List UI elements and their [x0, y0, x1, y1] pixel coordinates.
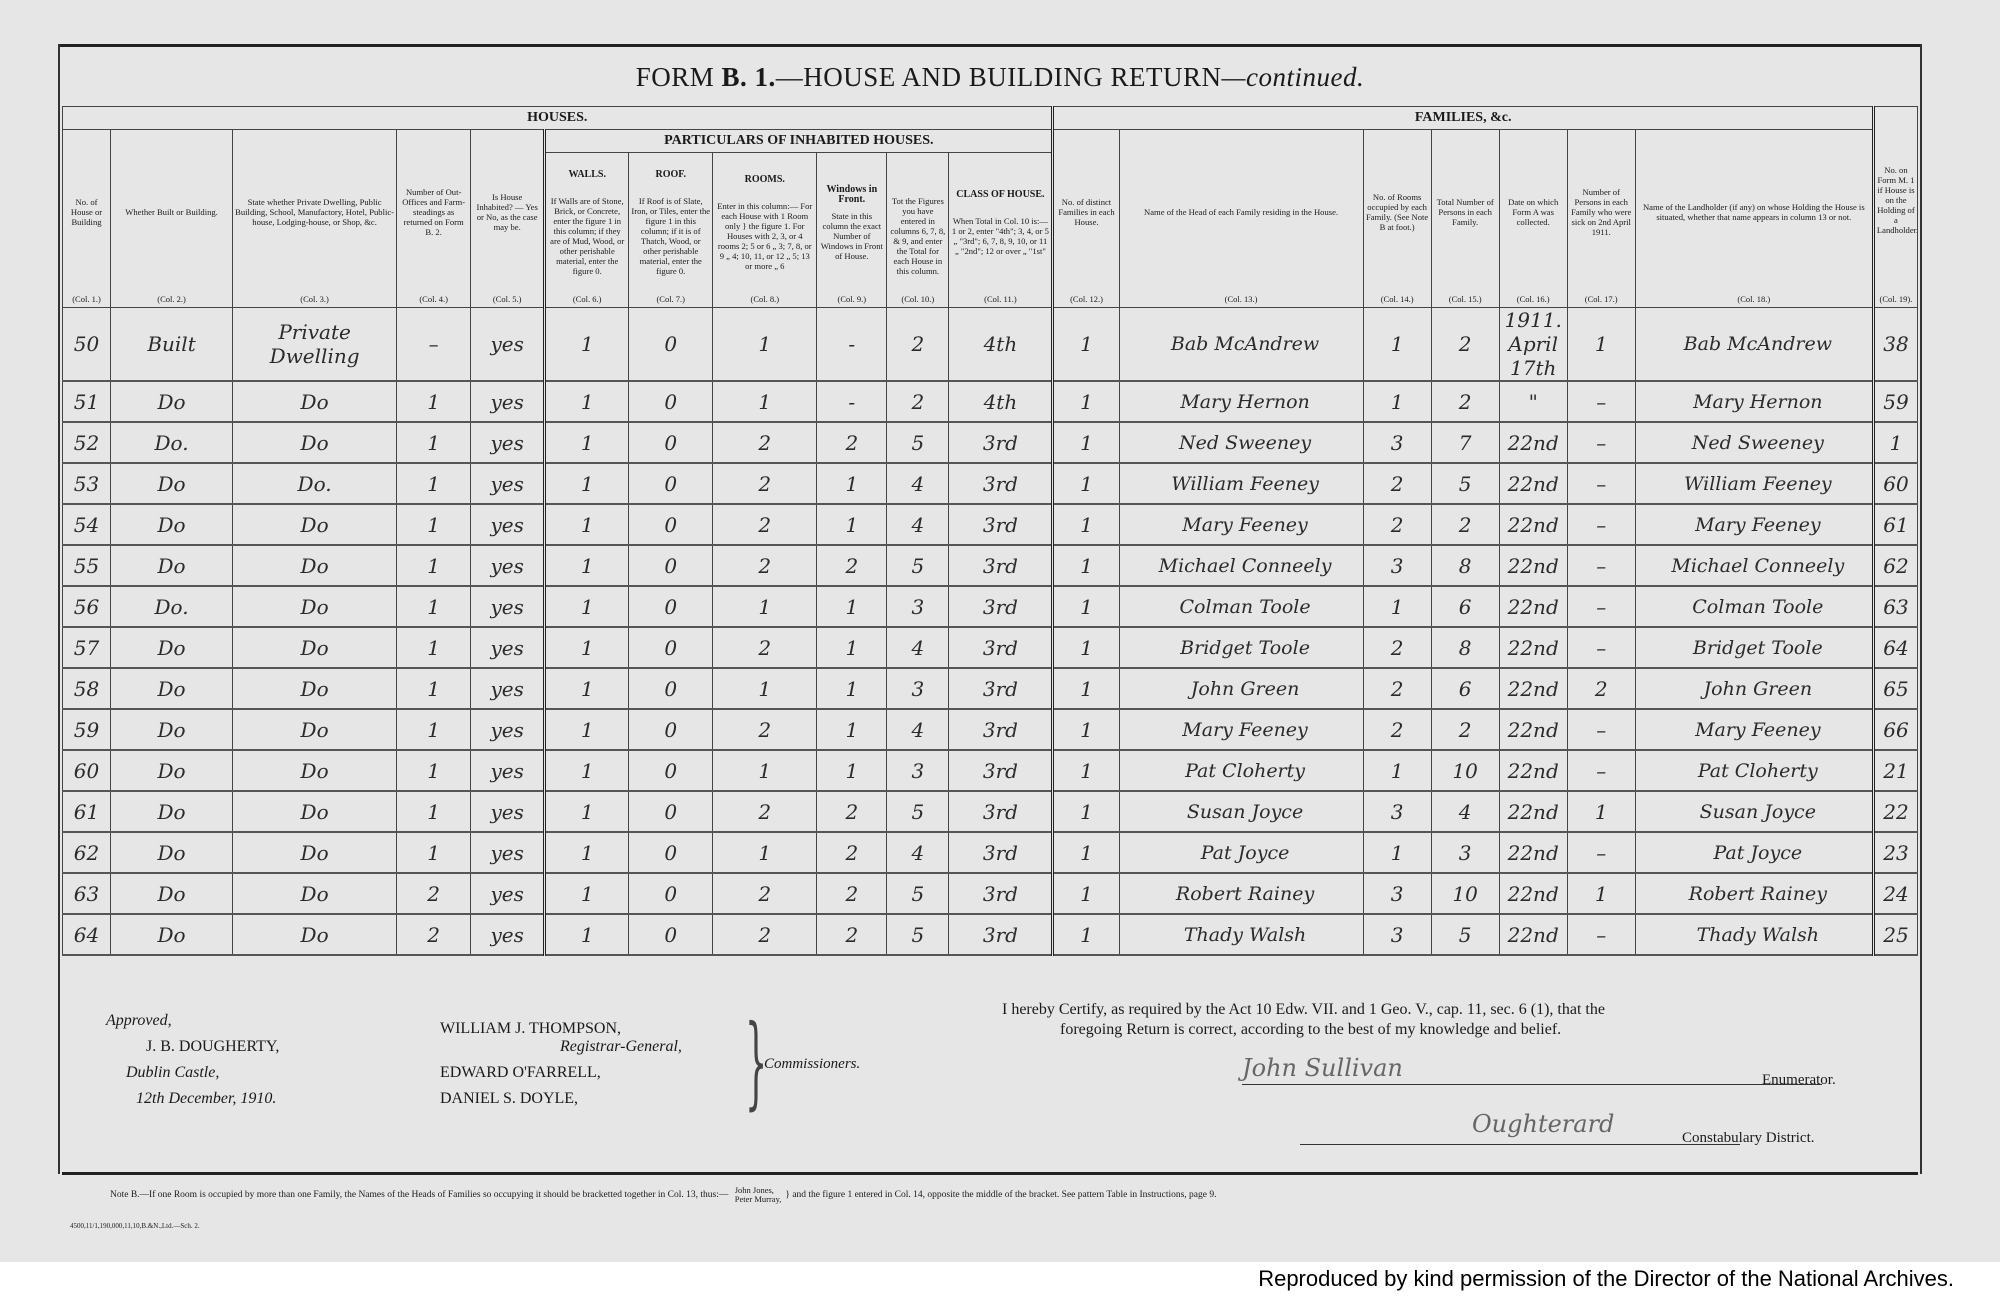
- cell-col-8: 2: [713, 709, 817, 750]
- cell-col-3: Do: [233, 381, 397, 422]
- cell-col-4: 1: [397, 463, 471, 504]
- cell-col-10: 5: [887, 873, 949, 914]
- cell-col-17: –: [1567, 914, 1635, 955]
- certify-line-2: foregoing Return is correct, according t…: [1002, 1020, 1922, 1040]
- cell-col-8: 1: [713, 586, 817, 627]
- title-suffix: —continued.: [1222, 62, 1365, 92]
- cell-col-19: 59: [1873, 381, 1917, 422]
- cell-col-19: 61: [1873, 504, 1917, 545]
- cell-col-19: 21: [1873, 750, 1917, 791]
- cell-col-17: –: [1567, 627, 1635, 668]
- note-start: Note B.—If one Room is occupied by more …: [110, 1190, 728, 1200]
- cell-col-11: 4th: [949, 381, 1053, 422]
- approval-date: 12th December, 1910.: [136, 1090, 276, 1107]
- cell-col-15: 2: [1431, 709, 1499, 750]
- cell-col-6: 1: [545, 381, 629, 422]
- cell-col-11: 3rd: [949, 627, 1053, 668]
- cell-col-4: –: [397, 308, 471, 382]
- cell-col-14: 2: [1363, 463, 1431, 504]
- cell-col-11: 3rd: [949, 791, 1053, 832]
- title-main: —HOUSE AND BUILDING RETURN: [776, 62, 1222, 92]
- cell-col-18: Thady Walsh: [1635, 914, 1873, 955]
- cell-col-14: 3: [1363, 422, 1431, 463]
- approved-label: Approved,: [106, 1012, 172, 1029]
- cell-col-14: 1: [1363, 750, 1431, 791]
- cell-col-17: 1: [1567, 791, 1635, 832]
- cell-col-10: 5: [887, 545, 949, 586]
- cell-col-13: Susan Joyce: [1119, 791, 1363, 832]
- cell-col-2: Do: [111, 791, 233, 832]
- cell-col-16: ": [1499, 381, 1567, 422]
- cell-col-16: 22nd: [1499, 668, 1567, 709]
- cell-col-18: Colman Toole: [1635, 586, 1873, 627]
- certification-statement: I hereby Certify, as required by the Act…: [1002, 1000, 1922, 1040]
- table-row: 51DoDo1yes101-24th1Mary Hernon12"–Mary H…: [63, 381, 1918, 422]
- cell-col-6: 1: [545, 873, 629, 914]
- cell-col-18: Pat Cloherty: [1635, 750, 1873, 791]
- cell-col-15: 6: [1431, 586, 1499, 627]
- cell-col-5: yes: [471, 668, 545, 709]
- cell-col-4: 1: [397, 668, 471, 709]
- census-form-sheet: FORM B. 1.—HOUSE AND BUILDING RETURN—con…: [0, 0, 2000, 1262]
- cell-col-15: 2: [1431, 504, 1499, 545]
- header-col-8: ROOMS.Enter in this column:— For each Ho…: [713, 153, 817, 308]
- cell-col-17: 1: [1567, 308, 1635, 382]
- cell-col-17: –: [1567, 586, 1635, 627]
- cell-col-2: Do: [111, 873, 233, 914]
- cell-col-10: 5: [887, 914, 949, 955]
- cell-col-12: 1: [1053, 668, 1119, 709]
- cell-col-16: 22nd: [1499, 832, 1567, 873]
- commissioner-3: DANIEL S. DOYLE,: [440, 1086, 682, 1112]
- cell-col-1: 59: [63, 709, 111, 750]
- cell-col-13: Pat Cloherty: [1119, 750, 1363, 791]
- cell-col-18: John Green: [1635, 668, 1873, 709]
- cell-col-6: 1: [545, 914, 629, 955]
- cell-col-4: 1: [397, 381, 471, 422]
- cell-col-16: 22nd: [1499, 504, 1567, 545]
- cell-col-5: yes: [471, 832, 545, 873]
- cell-col-2: Do: [111, 750, 233, 791]
- cell-col-9: 2: [817, 545, 887, 586]
- cell-col-12: 1: [1053, 873, 1119, 914]
- header-col-18: Name of the Landholder (if any) on whose…: [1635, 130, 1873, 308]
- section-houses: HOUSES.: [63, 107, 1053, 130]
- cell-col-13: Pat Joyce: [1119, 832, 1363, 873]
- house-building-return-table: HOUSES. FAMILIES, &c. No. on Form M. 1 i…: [62, 106, 1918, 956]
- cell-col-13: John Green: [1119, 668, 1363, 709]
- cell-col-9: 1: [817, 627, 887, 668]
- cell-col-8: 2: [713, 422, 817, 463]
- cell-col-18: Ned Sweeney: [1635, 422, 1873, 463]
- district-label: Constabulary District.: [1682, 1130, 1814, 1147]
- cell-col-13: Thady Walsh: [1119, 914, 1363, 955]
- cell-col-18: Michael Conneely: [1635, 545, 1873, 586]
- cell-col-18: Mary Feeney: [1635, 709, 1873, 750]
- cell-col-5: yes: [471, 308, 545, 382]
- cell-col-2: Do: [111, 545, 233, 586]
- cell-col-4: 1: [397, 709, 471, 750]
- cell-col-10: 3: [887, 668, 949, 709]
- cell-col-19: 22: [1873, 791, 1917, 832]
- cell-col-16: 22nd: [1499, 750, 1567, 791]
- header-col-12: No. of distinct Families in each House.(…: [1053, 130, 1119, 308]
- cell-col-1: 64: [63, 914, 111, 955]
- cell-col-10: 3: [887, 586, 949, 627]
- cell-col-12: 1: [1053, 627, 1119, 668]
- cell-col-16: 1911. April 17th: [1499, 308, 1567, 382]
- title-prefix: FORM: [636, 62, 722, 92]
- cell-col-13: Colman Toole: [1119, 586, 1363, 627]
- cell-col-12: 1: [1053, 791, 1119, 832]
- table-row: 60DoDo1yes101133rd1Pat Cloherty11022nd–P…: [63, 750, 1918, 791]
- table-row: 52Do.Do1yes102253rd1Ned Sweeney3722nd–Ne…: [63, 422, 1918, 463]
- cell-col-11: 3rd: [949, 709, 1053, 750]
- cell-col-6: 1: [545, 586, 629, 627]
- header-col-10: Tot the Figures you have entered in colu…: [887, 153, 949, 308]
- cell-col-6: 1: [545, 750, 629, 791]
- cell-col-10: 4: [887, 832, 949, 873]
- cell-col-8: 2: [713, 545, 817, 586]
- table-row: 63DoDo2yes102253rd1Robert Rainey31022nd1…: [63, 873, 1918, 914]
- title-code: B. 1.: [722, 62, 776, 92]
- header-col-15: Total Number of Persons in each Family.(…: [1431, 130, 1499, 308]
- table-row: 61DoDo1yes102253rd1Susan Joyce3422nd1Sus…: [63, 791, 1918, 832]
- cell-col-5: yes: [471, 586, 545, 627]
- cell-col-6: 1: [545, 422, 629, 463]
- cell-col-9: 2: [817, 873, 887, 914]
- cell-col-5: yes: [471, 914, 545, 955]
- cell-col-8: 2: [713, 627, 817, 668]
- header-col-5: Is House Inhabited? — Yes or No, as the …: [471, 130, 545, 308]
- cell-col-3: Do.: [233, 463, 397, 504]
- cell-col-10: 3: [887, 750, 949, 791]
- cell-col-13: Ned Sweeney: [1119, 422, 1363, 463]
- cell-col-4: 1: [397, 791, 471, 832]
- cell-col-15: 8: [1431, 545, 1499, 586]
- cell-col-12: 1: [1053, 504, 1119, 545]
- cell-col-19: 65: [1873, 668, 1917, 709]
- cell-col-19: 62: [1873, 545, 1917, 586]
- cell-col-8: 1: [713, 832, 817, 873]
- cell-col-15: 3: [1431, 832, 1499, 873]
- cell-col-18: Pat Joyce: [1635, 832, 1873, 873]
- cell-col-1: 61: [63, 791, 111, 832]
- cell-col-14: 1: [1363, 308, 1431, 382]
- cell-col-4: 1: [397, 832, 471, 873]
- cell-col-6: 1: [545, 832, 629, 873]
- cell-col-13: Robert Rainey: [1119, 873, 1363, 914]
- cell-col-12: 1: [1053, 914, 1119, 955]
- cell-col-1: 53: [63, 463, 111, 504]
- cell-col-9: 1: [817, 463, 887, 504]
- cell-col-3: Do: [233, 709, 397, 750]
- cell-col-2: Do: [111, 914, 233, 955]
- cell-col-17: –: [1567, 463, 1635, 504]
- note-end: and the figure 1 entered in Col. 14, opp…: [792, 1190, 1216, 1200]
- cell-col-18: Robert Rainey: [1635, 873, 1873, 914]
- cell-col-12: 1: [1053, 586, 1119, 627]
- cell-col-7: 0: [629, 463, 713, 504]
- cell-col-12: 1: [1053, 832, 1119, 873]
- cell-col-10: 4: [887, 463, 949, 504]
- cell-col-16: 22nd: [1499, 545, 1567, 586]
- cell-col-8: 1: [713, 668, 817, 709]
- cell-col-16: 22nd: [1499, 914, 1567, 955]
- cell-col-10: 2: [887, 381, 949, 422]
- header-col-17: Number of Persons in each Family who wer…: [1567, 130, 1635, 308]
- cell-col-6: 1: [545, 463, 629, 504]
- cell-col-1: 62: [63, 832, 111, 873]
- header-col-3: State whether Private Dwelling, Public B…: [233, 130, 397, 308]
- cell-col-3: Do: [233, 422, 397, 463]
- cell-col-4: 1: [397, 586, 471, 627]
- table-row: 59DoDo1yes102143rd1Mary Feeney2222nd–Mar…: [63, 709, 1918, 750]
- cell-col-13: Mary Feeney: [1119, 504, 1363, 545]
- cell-col-5: yes: [471, 627, 545, 668]
- cell-col-9: 1: [817, 750, 887, 791]
- cell-col-15: 5: [1431, 463, 1499, 504]
- table-row: 57DoDo1yes102143rd1Bridget Toole2822nd–B…: [63, 627, 1918, 668]
- cell-col-5: yes: [471, 750, 545, 791]
- cell-col-7: 0: [629, 668, 713, 709]
- cell-col-14: 2: [1363, 627, 1431, 668]
- cell-col-15: 10: [1431, 873, 1499, 914]
- cell-col-6: 1: [545, 668, 629, 709]
- print-code: 4500,11/1,190,000,11,10,B.&N.,Ltd.—Sch. …: [70, 1222, 200, 1230]
- cell-col-4: 1: [397, 545, 471, 586]
- cell-col-9: -: [817, 308, 887, 382]
- header-col-19: No. on Form M. 1 if House is on the Hold…: [1873, 107, 1917, 308]
- cell-col-3: Do: [233, 914, 397, 955]
- cell-col-15: 8: [1431, 627, 1499, 668]
- cell-col-14: 2: [1363, 709, 1431, 750]
- cell-col-17: –: [1567, 545, 1635, 586]
- cell-col-4: 1: [397, 504, 471, 545]
- cell-col-5: yes: [471, 545, 545, 586]
- cell-col-2: Do: [111, 832, 233, 873]
- cell-col-11: 3rd: [949, 750, 1053, 791]
- cell-col-15: 5: [1431, 914, 1499, 955]
- cell-col-3: Do: [233, 586, 397, 627]
- cell-col-5: yes: [471, 709, 545, 750]
- cell-col-2: Do: [111, 627, 233, 668]
- cell-col-18: Bridget Toole: [1635, 627, 1873, 668]
- cell-col-12: 1: [1053, 545, 1119, 586]
- cell-col-19: 25: [1873, 914, 1917, 955]
- cell-col-2: Do: [111, 381, 233, 422]
- cell-col-1: 63: [63, 873, 111, 914]
- enumerator-label: Enumerator.: [1762, 1072, 1836, 1089]
- cell-col-18: Mary Feeney: [1635, 504, 1873, 545]
- cell-col-8: 2: [713, 873, 817, 914]
- cell-col-10: 5: [887, 791, 949, 832]
- cell-col-1: 56: [63, 586, 111, 627]
- cell-col-1: 51: [63, 381, 111, 422]
- cell-col-9: 1: [817, 668, 887, 709]
- cell-col-1: 52: [63, 422, 111, 463]
- section-families: FAMILIES, &c.: [1053, 107, 1873, 130]
- cell-col-7: 0: [629, 791, 713, 832]
- cell-col-16: 22nd: [1499, 586, 1567, 627]
- cell-col-3: Do: [233, 873, 397, 914]
- cell-col-1: 55: [63, 545, 111, 586]
- cell-col-19: 23: [1873, 832, 1917, 873]
- cell-col-9: 1: [817, 586, 887, 627]
- cell-col-7: 0: [629, 422, 713, 463]
- cell-col-4: 2: [397, 914, 471, 955]
- return-rows: 50BuiltPrivate Dwelling–yes101-24th1Bab …: [63, 308, 1918, 956]
- cell-col-9: -: [817, 381, 887, 422]
- cell-col-19: 66: [1873, 709, 1917, 750]
- cell-col-2: Do: [111, 504, 233, 545]
- cell-col-12: 1: [1053, 381, 1119, 422]
- cell-col-19: 38: [1873, 308, 1917, 382]
- cell-col-10: 5: [887, 422, 949, 463]
- header-col-13: Name of the Head of each Family residing…: [1119, 130, 1363, 308]
- cell-col-10: 4: [887, 709, 949, 750]
- cell-col-8: 1: [713, 308, 817, 382]
- signatures-section: Approved, J. B. DOUGHERTY, Dublin Castle…: [62, 972, 1918, 1175]
- form-title: FORM B. 1.—HOUSE AND BUILDING RETURN—con…: [0, 62, 2000, 93]
- header-col-2: Whether Built or Building.(Col. 2.): [111, 130, 233, 308]
- cell-col-5: yes: [471, 381, 545, 422]
- table-row: 55DoDo1yes102253rd1Michael Conneely3822n…: [63, 545, 1918, 586]
- cell-col-19: 1: [1873, 422, 1917, 463]
- archive-credit: Reproduced by kind permission of the Dir…: [1258, 1266, 1954, 1292]
- header-col-1: No. of House or Building(Col. 1.): [63, 130, 111, 308]
- note-example: John Jones,Peter Murray,: [735, 1186, 782, 1204]
- cell-col-7: 0: [629, 545, 713, 586]
- cell-col-19: 63: [1873, 586, 1917, 627]
- cell-col-14: 2: [1363, 668, 1431, 709]
- cell-col-6: 1: [545, 504, 629, 545]
- cell-col-10: 4: [887, 627, 949, 668]
- header-col-11: CLASS OF HOUSE.When Total in Col. 10 is:…: [949, 153, 1053, 308]
- cell-col-11: 3rd: [949, 504, 1053, 545]
- cell-col-5: yes: [471, 463, 545, 504]
- approver-name: J. B. DOUGHERTY,: [106, 1034, 279, 1060]
- cell-col-8: 1: [713, 750, 817, 791]
- cell-col-6: 1: [545, 791, 629, 832]
- cell-col-16: 22nd: [1499, 709, 1567, 750]
- cell-col-3: Do: [233, 791, 397, 832]
- cell-col-19: 60: [1873, 463, 1917, 504]
- header-col-14: No. of Rooms occupied by each Family. (S…: [1363, 130, 1431, 308]
- cell-col-9: 2: [817, 832, 887, 873]
- cell-col-15: 10: [1431, 750, 1499, 791]
- cell-col-6: 1: [545, 545, 629, 586]
- cell-col-11: 3rd: [949, 422, 1053, 463]
- cell-col-16: 22nd: [1499, 422, 1567, 463]
- certify-line-1: I hereby Certify, as required by the Act…: [1002, 1001, 1605, 1018]
- cell-col-18: Bab McAndrew: [1635, 308, 1873, 382]
- cell-col-2: Do.: [111, 586, 233, 627]
- cell-col-1: 58: [63, 668, 111, 709]
- cell-col-17: –: [1567, 381, 1635, 422]
- cell-col-9: 1: [817, 709, 887, 750]
- cell-col-16: 22nd: [1499, 791, 1567, 832]
- cell-col-5: yes: [471, 791, 545, 832]
- cell-col-1: 50: [63, 308, 111, 382]
- cell-col-11: 3rd: [949, 873, 1053, 914]
- cell-col-12: 1: [1053, 709, 1119, 750]
- table-row: 62DoDo1yes101243rd1Pat Joyce1322nd–Pat J…: [63, 832, 1918, 873]
- cell-col-8: 1: [713, 381, 817, 422]
- cell-col-13: William Feeney: [1119, 463, 1363, 504]
- cell-col-4: 1: [397, 422, 471, 463]
- district-signature: Oughterard: [1472, 1110, 1614, 1138]
- cell-col-15: 6: [1431, 668, 1499, 709]
- cell-col-14: 2: [1363, 504, 1431, 545]
- cell-col-7: 0: [629, 873, 713, 914]
- enumerator-line: [1242, 1084, 1822, 1085]
- cell-col-9: 2: [817, 791, 887, 832]
- cell-col-13: Bab McAndrew: [1119, 308, 1363, 382]
- cell-col-3: Private Dwelling: [233, 308, 397, 382]
- cell-col-12: 1: [1053, 422, 1119, 463]
- cell-col-18: Susan Joyce: [1635, 791, 1873, 832]
- cell-col-8: 2: [713, 504, 817, 545]
- cell-col-7: 0: [629, 504, 713, 545]
- cell-col-8: 2: [713, 914, 817, 955]
- table-row: 54DoDo1yes102143rd1Mary Feeney2222nd–Mar…: [63, 504, 1918, 545]
- cell-col-7: 0: [629, 308, 713, 382]
- cell-col-3: Do: [233, 668, 397, 709]
- cell-col-19: 64: [1873, 627, 1917, 668]
- cell-col-2: Do: [111, 463, 233, 504]
- cell-col-14: 1: [1363, 586, 1431, 627]
- cell-col-17: –: [1567, 422, 1635, 463]
- cell-col-14: 1: [1363, 381, 1431, 422]
- cell-col-13: Mary Feeney: [1119, 709, 1363, 750]
- table-row: 50BuiltPrivate Dwelling–yes101-24th1Bab …: [63, 308, 1918, 382]
- cell-col-5: yes: [471, 504, 545, 545]
- cell-col-7: 0: [629, 709, 713, 750]
- cell-col-11: 3rd: [949, 668, 1053, 709]
- cell-col-13: Mary Hernon: [1119, 381, 1363, 422]
- cell-col-13: Bridget Toole: [1119, 627, 1363, 668]
- header-col-6: WALLS.If Walls are of Stone, Brick, or C…: [545, 153, 629, 308]
- cell-col-4: 1: [397, 627, 471, 668]
- cell-col-14: 3: [1363, 873, 1431, 914]
- cell-col-14: 3: [1363, 791, 1431, 832]
- cell-col-7: 0: [629, 627, 713, 668]
- cell-col-3: Do: [233, 545, 397, 586]
- cell-col-3: Do: [233, 504, 397, 545]
- cell-col-1: 57: [63, 627, 111, 668]
- commissioners-label: Commissioners.: [764, 1056, 860, 1073]
- cell-col-3: Do: [233, 627, 397, 668]
- cell-col-14: 1: [1363, 832, 1431, 873]
- cell-col-7: 0: [629, 832, 713, 873]
- cell-col-15: 2: [1431, 308, 1499, 382]
- cell-col-18: Mary Hernon: [1635, 381, 1873, 422]
- cell-col-2: Do: [111, 668, 233, 709]
- cell-col-17: –: [1567, 832, 1635, 873]
- cell-col-1: 54: [63, 504, 111, 545]
- cell-col-14: 3: [1363, 545, 1431, 586]
- header-col-16: Date on which Form A was collected.(Col.…: [1499, 130, 1567, 308]
- district-line: [1300, 1144, 1740, 1145]
- cell-col-15: 2: [1431, 381, 1499, 422]
- cell-col-6: 1: [545, 308, 629, 382]
- cell-col-17: –: [1567, 709, 1635, 750]
- cell-col-16: 22nd: [1499, 873, 1567, 914]
- section-particulars: PARTICULARS OF INHABITED HOUSES.: [545, 130, 1053, 153]
- cell-col-17: –: [1567, 750, 1635, 791]
- cell-col-2: Built: [111, 308, 233, 382]
